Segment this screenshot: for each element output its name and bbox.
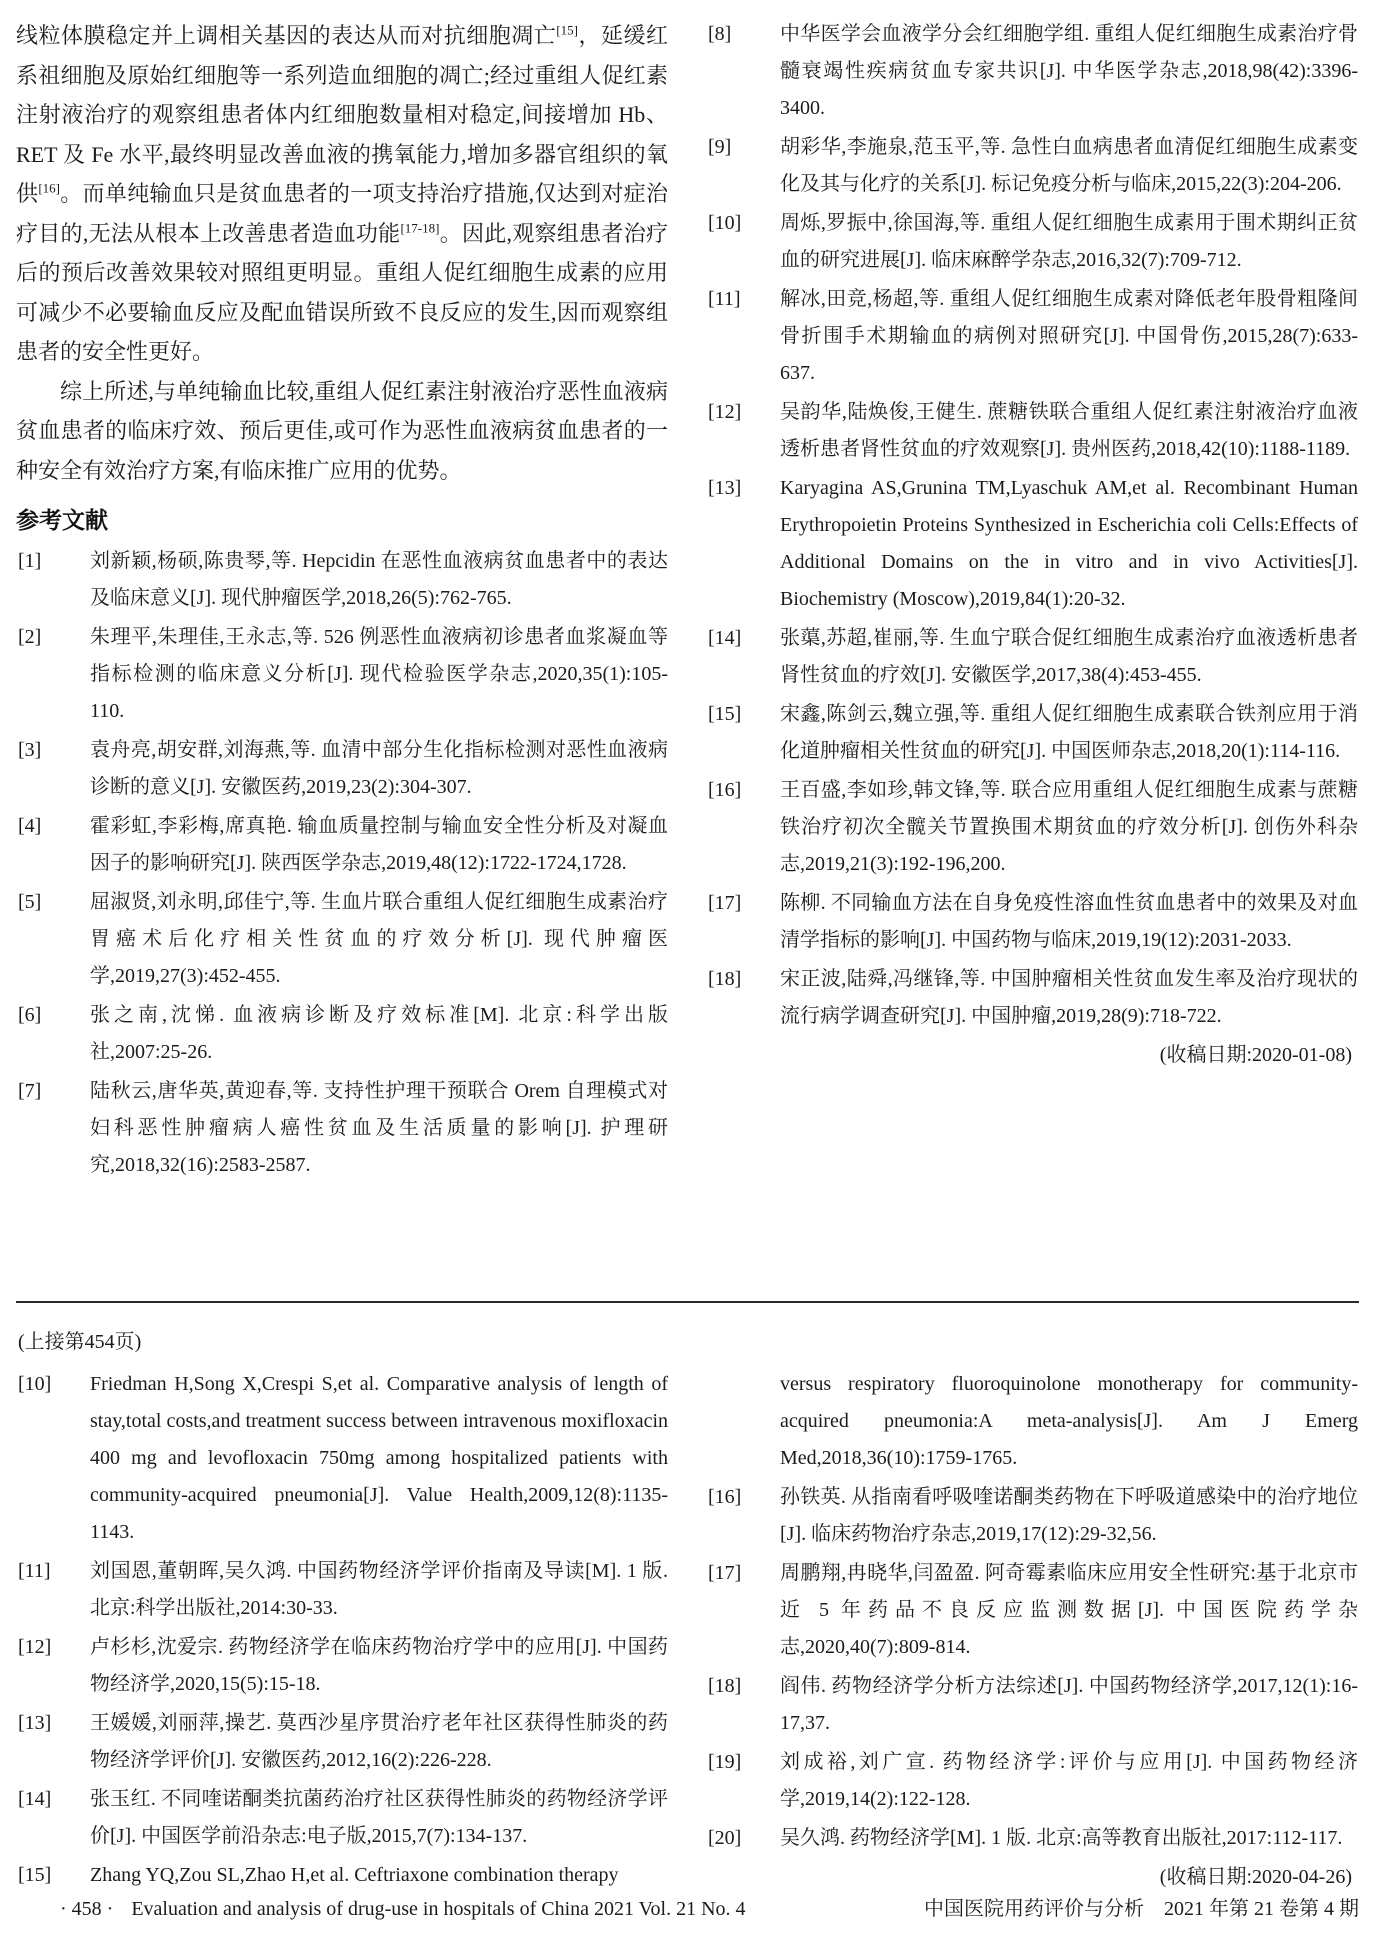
reference-number: [12] [708,394,741,431]
reference-item: [17] 陈柳. 不同输血方法在自身免疫性溶血性贫血患者中的效果及对血清学指标的… [706,885,1358,959]
reference-number: [18] [708,1668,741,1705]
reference-text: 卢杉杉,沈爱宗. 药物经济学在临床药物治疗学中的应用[J]. 中国药物经济学,2… [90,1636,668,1695]
reference-text: versus respiratory fluoroquinolone monot… [780,1373,1358,1469]
reference-number: [15] [18,1857,51,1894]
reference-item: [1] 刘新颖,杨硕,陈贵琴,等. Hepcidin 在恶性血液病贫血患者中的表… [16,543,668,617]
reference-text: 霍彩虹,李彩梅,席真艳. 输血质量控制与输血安全性分析及对凝血因子的影响研究[J… [90,815,668,874]
reference-text: 刘成裕,刘广宣. 药物经济学:评价与应用[J]. 中国药物经济学,2019,14… [780,1751,1358,1810]
right-column: [8] 中华医学会血液学分会红细胞学组. 重组人促红细胞生成素治疗骨髓衰竭性疾病… [706,16,1358,1186]
reference-text: 刘国恩,董朝晖,吴久鸿. 中国药物经济学评价指南及导读[M]. 1 版. 北京:… [90,1560,668,1619]
reference-number: [5] [18,884,41,921]
reference-number: [11] [18,1553,51,1590]
reference-item: [16] 王百盛,李如珍,韩文锋,等. 联合应用重组人促红细胞生成素与蔗糖铁治疗… [706,772,1358,883]
reference-number: [13] [18,1705,51,1742]
footer-journal-en: Evaluation and analysis of drug-use in h… [131,1898,745,1920]
reference-item: [13] Karyagina AS,Grunina TM,Lyaschuk AM… [706,470,1358,618]
reference-text: 阎伟. 药物经济学分析方法综述[J]. 中国药物经济学,2017,12(1):1… [780,1675,1358,1734]
citation-superscript: [17-18] [400,220,439,235]
left-column-bottom: [10] Friedman H,Song X,Crespi S,et al. C… [16,1366,668,1896]
reference-item: [18] 阎伟. 药物经济学分析方法综述[J]. 中国药物经济学,2017,12… [706,1668,1358,1742]
body-paragraph-conclusion: 综上所述,与单纯输血比较,重组人促红素注射液治疗恶性血液病贫血患者的临床疗效、预… [16,372,668,491]
reference-number: [9] [708,129,731,166]
reference-number: [15] [708,696,741,733]
reference-text: 吴韵华,陆焕俊,王健生. 蔗糖铁联合重组人促红素注射液治疗血液透析患者肾性贫血的… [780,401,1358,460]
page-number: · 458 · [60,1898,113,1920]
reference-item: [16] 孙铁英. 从指南看呼吸喹诺酮类药物在下呼吸道感染中的治疗地位[J]. … [706,1479,1358,1553]
reference-item: [6] 张之南,沈悌. 血液病诊断及疗效标准[M]. 北京:科学出版社,2007… [16,997,668,1071]
reference-number: [19] [708,1744,741,1781]
page-footer: · 458 ·Evaluation and analysis of drug-u… [16,1892,1359,1921]
reference-item: [11] 刘国恩,董朝晖,吴久鸿. 中国药物经济学评价指南及导读[M]. 1 版… [16,1553,668,1627]
reference-item: [7] 陆秋云,唐华英,黄迎春,等. 支持性护理干预联合 Orem 自理模式对妇… [16,1073,668,1184]
reference-item: [9] 胡彩华,李施泉,范玉平,等. 急性白血病患者血清促红细胞生成素变化及其与… [706,129,1358,203]
reference-item: versus respiratory fluoroquinolone monot… [706,1366,1358,1477]
reference-number: [10] [708,205,741,242]
reference-text: 王百盛,李如珍,韩文锋,等. 联合应用重组人促红细胞生成素与蔗糖铁治疗初次全髋关… [780,779,1358,875]
reference-text: 陆秋云,唐华英,黄迎春,等. 支持性护理干预联合 Orem 自理模式对妇科恶性肿… [90,1080,668,1176]
reference-item: [2] 朱理平,朱理佳,王永志,等. 526 例恶性血液病初诊患者血浆凝血等指标… [16,619,668,730]
continued-article-section: (上接第454页) [10] Friedman H,Song X,Crespi … [16,1324,1359,1896]
reference-text: 王媛媛,刘丽萍,操艺. 莫西沙星序贯治疗老年社区获得性肺炎的药物经济学评价[J]… [90,1712,668,1771]
reference-number: [7] [18,1073,41,1110]
citation-superscript: [16] [38,181,60,196]
reference-item: [15] 宋鑫,陈剑云,魏立强,等. 重组人促红细胞生成素联合铁剂应用于消化道肿… [706,696,1358,770]
reference-number: [14] [18,1781,51,1818]
reference-item: [14] 张玉红. 不同喹诺酮类抗菌药治疗社区获得性肺炎的药物经济学评价[J].… [16,1781,668,1855]
continuation-columns: [10] Friedman H,Song X,Crespi S,et al. C… [16,1366,1359,1896]
reference-item: [17] 周鹏翔,冉晓华,闫盈盈. 阿奇霉素临床应用安全性研究:基于北京市近 5… [706,1555,1358,1666]
reference-text: 宋鑫,陈剑云,魏立强,等. 重组人促红细胞生成素联合铁剂应用于消化道肿瘤相关性贫… [780,703,1358,762]
reference-list-article1-right: [8] 中华医学会血液学分会红细胞学组. 重组人促红细胞生成素治疗骨髓衰竭性疾病… [706,16,1358,1035]
received-date-article1: (收稿日期:2020-01-08) [706,1037,1358,1074]
reference-number: [1] [18,543,41,580]
reference-item: [3] 袁舟亮,胡安群,刘海燕,等. 血清中部分生化指标检测对恶性血液病诊断的意… [16,732,668,806]
reference-text: 孙铁英. 从指南看呼吸喹诺酮类药物在下呼吸道感染中的治疗地位[J]. 临床药物治… [780,1486,1358,1545]
reference-text: 周烁,罗振中,徐国海,等. 重组人促红细胞生成素用于围术期纠正贫血的研究进展[J… [780,212,1358,271]
reference-list-article1-left: [1] 刘新颖,杨硕,陈贵琴,等. Hepcidin 在恶性血液病贫血患者中的表… [16,543,668,1184]
reference-text: 刘新颖,杨硕,陈贵琴,等. Hepcidin 在恶性血液病贫血患者中的表达及临床… [90,550,668,609]
reference-list-continuation-right: versus respiratory fluoroquinolone monot… [706,1366,1358,1857]
journal-page: 线粒体膜稳定并上调相关基因的表达从而对抗细胞凋亡[15]，延缓红系祖细胞及原始红… [0,0,1375,1940]
reference-text: 解冰,田竞,杨超,等. 重组人促红细胞生成素对降低老年股骨粗隆间骨折围手术期输血… [780,288,1358,384]
body-paragraph-continuation: 线粒体膜稳定并上调相关基因的表达从而对抗细胞凋亡[15]，延缓红系祖细胞及原始红… [16,16,668,372]
reference-number: [6] [18,997,41,1034]
reference-number: [3] [18,732,41,769]
reference-text: 袁舟亮,胡安群,刘海燕,等. 血清中部分生化指标检测对恶性血液病诊断的意义[J]… [90,739,668,798]
reference-text: 中华医学会血液学分会红细胞学组. 重组人促红细胞生成素治疗骨髓衰竭性疾病贫血专家… [780,23,1358,119]
reference-number: [16] [708,772,741,809]
reference-text: 张蕖,苏超,崔丽,等. 生血宁联合促红细胞生成素治疗血液透析患者肾性贫血的疗效[… [780,627,1358,686]
reference-text: 张之南,沈悌. 血液病诊断及疗效标准[M]. 北京:科学出版社,2007:25-… [90,1004,668,1063]
reference-text: 吴久鸿. 药物经济学[M]. 1 版. 北京:高等教育出版社,2017:112-… [780,1827,1342,1849]
footer-journal-zh: 中国医院用药评价与分析 2021 年第 21 卷第 4 期 [924,1892,1359,1921]
reference-text: 张玉红. 不同喹诺酮类抗菌药治疗社区获得性肺炎的药物经济学评价[J]. 中国医学… [90,1788,668,1847]
reference-number: [11] [708,281,741,318]
continuation-note: (上接第454页) [18,1324,1359,1360]
reference-text: 周鹏翔,冉晓华,闫盈盈. 阿奇霉素临床应用安全性研究:基于北京市近 5 年药品不… [780,1562,1358,1658]
reference-number: [12] [18,1629,51,1666]
article-tail-section: 线粒体膜稳定并上调相关基因的表达从而对抗细胞凋亡[15]，延缓红系祖细胞及原始红… [16,16,1359,1186]
reference-text: 宋正波,陆舜,冯继锋,等. 中国肿瘤相关性贫血发生率及治疗现状的流行病学调查研究… [780,968,1358,1027]
reference-number: [17] [708,885,741,922]
reference-item: [11] 解冰,田竞,杨超,等. 重组人促红细胞生成素对降低老年股骨粗隆间骨折围… [706,281,1358,392]
reference-item: [20] 吴久鸿. 药物经济学[M]. 1 版. 北京:高等教育出版社,2017… [706,1820,1358,1857]
reference-text: 陈柳. 不同输血方法在自身免疫性溶血性贫血患者中的效果及对血清学指标的影响[J]… [780,892,1358,951]
reference-text: Zhang YQ,Zou SL,Zhao H,et al. Ceftriaxon… [90,1864,619,1886]
reference-item: [13] 王媛媛,刘丽萍,操艺. 莫西沙星序贯治疗老年社区获得性肺炎的药物经济学… [16,1705,668,1779]
reference-item: [12] 吴韵华,陆焕俊,王健生. 蔗糖铁联合重组人促红素注射液治疗血液透析患者… [706,394,1358,468]
reference-item: [15] Zhang YQ,Zou SL,Zhao H,et al. Ceftr… [16,1857,668,1894]
reference-item: [10] Friedman H,Song X,Crespi S,et al. C… [16,1366,668,1551]
reference-number: [4] [18,808,41,845]
reference-text: 胡彩华,李施泉,范玉平,等. 急性白血病患者血清促红细胞生成素变化及其与化疗的关… [780,136,1358,195]
reference-item: [18] 宋正波,陆舜,冯继锋,等. 中国肿瘤相关性贫血发生率及治疗现状的流行病… [706,961,1358,1035]
section-divider [16,1301,1359,1303]
reference-item: [19] 刘成裕,刘广宣. 药物经济学:评价与应用[J]. 中国药物经济学,20… [706,1744,1358,1818]
citation-superscript: [15] [556,23,578,38]
reference-item: [8] 中华医学会血液学分会红细胞学组. 重组人促红细胞生成素治疗骨髓衰竭性疾病… [706,16,1358,127]
reference-number: [18] [708,961,741,998]
reference-item: [5] 屈淑贤,刘永明,邱佳宁,等. 生血片联合重组人促红细胞生成素治疗胃癌术后… [16,884,668,995]
reference-number: [17] [708,1555,741,1592]
text-segment: ，延缓红系祖细胞及原始红细胞等一系列造血细胞的凋亡;经过重组人促红素注射液治疗的… [16,23,668,206]
footer-left: · 458 ·Evaluation and analysis of drug-u… [16,1898,746,1921]
reference-list-continuation-left: [10] Friedman H,Song X,Crespi S,et al. C… [16,1366,668,1894]
reference-item: [12] 卢杉杉,沈爱宗. 药物经济学在临床药物治疗学中的应用[J]. 中国药物… [16,1629,668,1703]
reference-text: Friedman H,Song X,Crespi S,et al. Compar… [90,1373,668,1543]
received-date-continuation: (收稿日期:2020-04-26) [706,1859,1358,1896]
reference-number: [8] [708,16,731,53]
reference-number: [20] [708,1820,741,1857]
reference-number: [13] [708,470,741,507]
references-heading: 参考文献 [16,502,668,535]
reference-text: 朱理平,朱理佳,王永志,等. 526 例恶性血液病初诊患者血浆凝血等指标检测的临… [90,626,668,722]
reference-text: Karyagina AS,Grunina TM,Lyaschuk AM,et a… [780,477,1358,610]
text-segment: 线粒体膜稳定并上调相关基因的表达从而对抗细胞凋亡 [16,23,556,48]
reference-text: 屈淑贤,刘永明,邱佳宁,等. 生血片联合重组人促红细胞生成素治疗胃癌术后化疗相关… [90,891,668,987]
reference-number: [16] [708,1479,741,1516]
right-column-bottom: versus respiratory fluoroquinolone monot… [706,1366,1358,1896]
reference-number: [2] [18,619,41,656]
reference-item: [14] 张蕖,苏超,崔丽,等. 生血宁联合促红细胞生成素治疗血液透析患者肾性贫… [706,620,1358,694]
reference-item: [4] 霍彩虹,李彩梅,席真艳. 输血质量控制与输血安全性分析及对凝血因子的影响… [16,808,668,882]
reference-item: [10] 周烁,罗振中,徐国海,等. 重组人促红细胞生成素用于围术期纠正贫血的研… [706,205,1358,279]
left-column: 线粒体膜稳定并上调相关基因的表达从而对抗细胞凋亡[15]，延缓红系祖细胞及原始红… [16,16,668,1186]
reference-number: [10] [18,1366,51,1403]
reference-number: [14] [708,620,741,657]
